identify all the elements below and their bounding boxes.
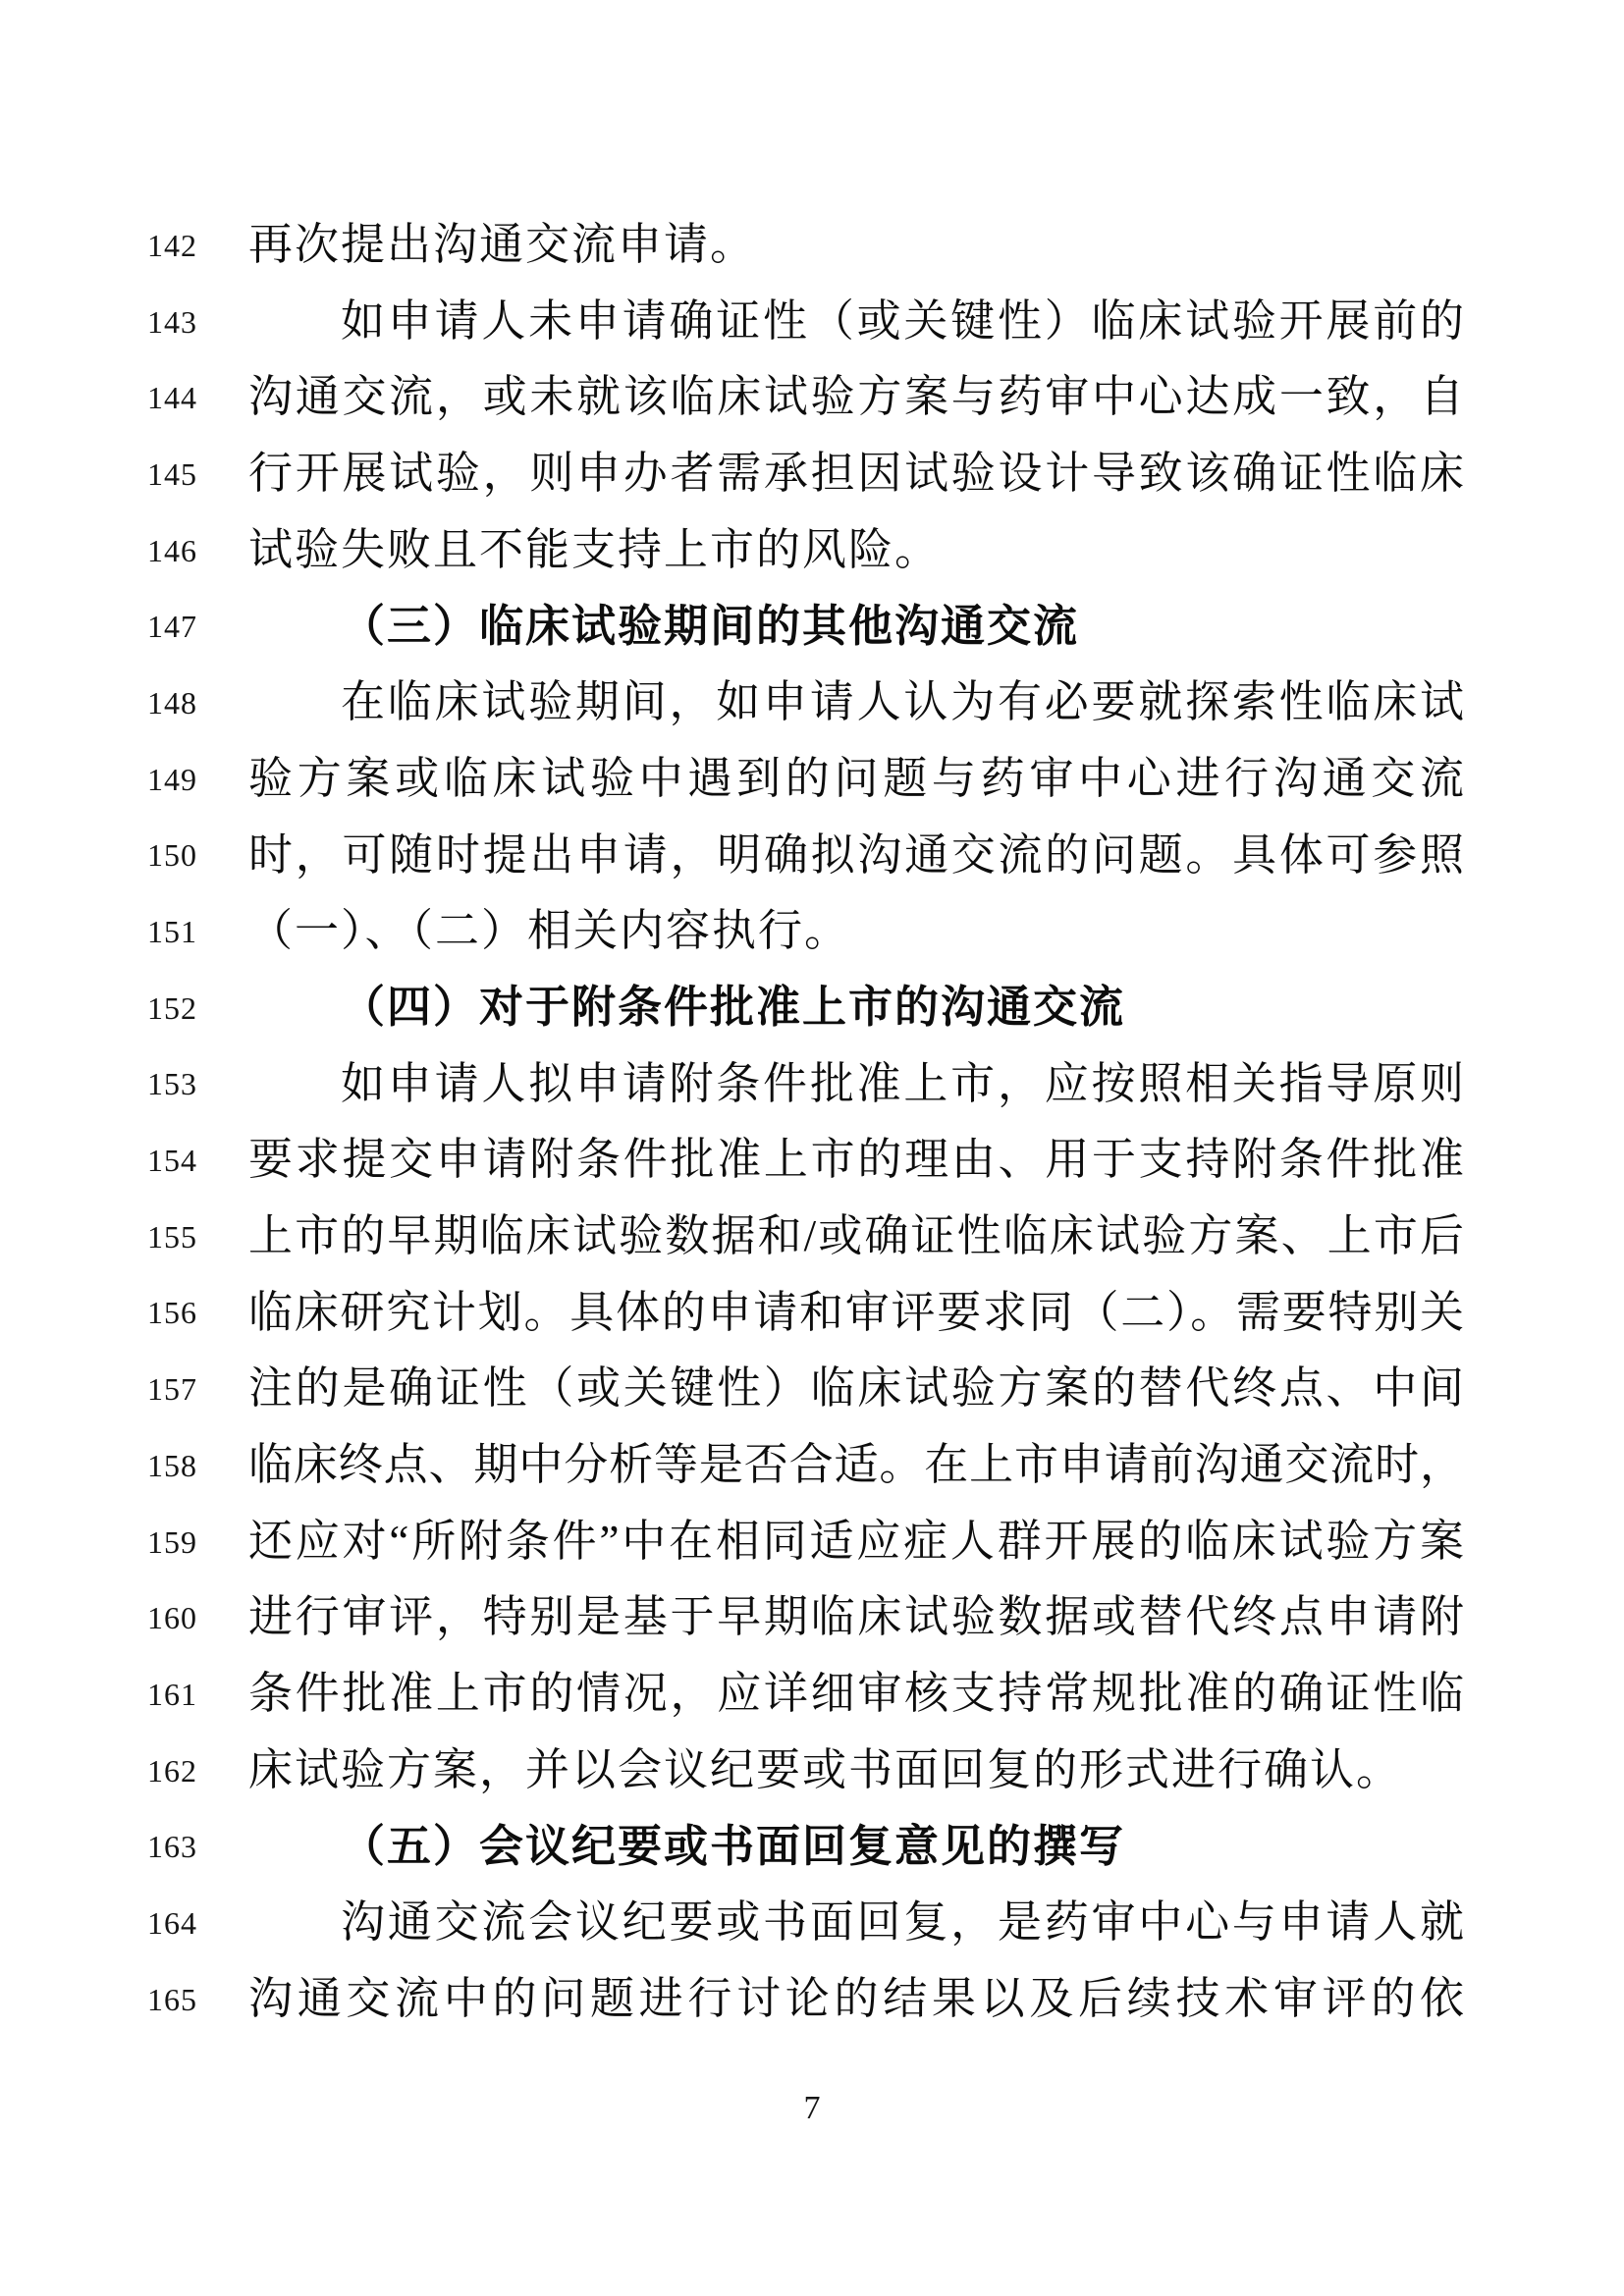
line-text: 再次提出沟通交流申请。: [248, 221, 1464, 270]
text-line: 154 要求提交申请附条件批准上市的理由、用于支持附条件批准: [0, 1122, 1624, 1199]
line-number: 144: [147, 382, 208, 413]
line-number: 164: [147, 1907, 208, 1939]
line-number: 147: [147, 611, 208, 642]
text-line: 160 进行审评，特别是基于早期临床试验数据或替代终点申请附: [0, 1579, 1624, 1656]
line-number: 148: [147, 687, 208, 719]
text-line: 165 沟通交流中的问题进行讨论的结果以及后续技术审评的依: [0, 1961, 1624, 2038]
line-number: 153: [147, 1068, 208, 1099]
line-text: 在临床试验期间，如申请人认为有必要就探索性临床试: [248, 678, 1464, 727]
line-text: 如申请人未申请确证性（或关键性）临床试验开展前的: [248, 297, 1464, 347]
line-number: 152: [147, 992, 208, 1024]
text-line: 147 （三）临床试验期间的其他沟通交流: [0, 588, 1624, 665]
line-number: 149: [147, 764, 208, 795]
text-line: 162 床试验方案，并以会议纪要或书面回复的形式进行确认。: [0, 1733, 1624, 1809]
line-number: 143: [147, 306, 208, 338]
section-heading: （四）对于附条件批准上市的沟通交流: [248, 984, 1464, 1033]
text-line: 158 临床终点、期中分析等是否合适。在上市申请前沟通交流时，: [0, 1427, 1624, 1504]
line-number: 158: [147, 1450, 208, 1481]
line-number: 157: [147, 1373, 208, 1405]
line-text: 注的是确证性（或关键性）临床试验方案的替代终点、中间: [248, 1364, 1464, 1414]
line-text: 沟通交流中的问题进行讨论的结果以及后续技术审评的依: [248, 1975, 1464, 2024]
line-number: 156: [147, 1297, 208, 1328]
line-text: 条件批准上市的情况，应详细审核支持常规批准的确证性临: [248, 1670, 1464, 1719]
line-text: 行开展试验，则申办者需承担因试验设计导致该确证性临床: [248, 450, 1464, 499]
line-number: 165: [147, 1984, 208, 2015]
text-line: 164 沟通交流会议纪要或书面回复，是药审中心与申请人就: [0, 1885, 1624, 1961]
section-heading: （五）会议纪要或书面回复意见的撰写: [248, 1823, 1464, 1872]
line-text: 上市的早期临床试验数据和/或确证性临床试验方案、上市后: [248, 1212, 1464, 1261]
line-text: 验方案或临床试验中遇到的问题与药审中心进行沟通交流: [248, 755, 1464, 804]
text-line: 156 临床研究计划。具体的申请和审评要求同（二）。需要特别关: [0, 1275, 1624, 1352]
page-footer: 7: [0, 2085, 1624, 2132]
line-number: 160: [147, 1602, 208, 1633]
line-number: 155: [147, 1221, 208, 1253]
line-text: （一）、（二）相关内容执行。: [248, 907, 1464, 956]
line-text: 床试验方案，并以会议纪要或书面回复的形式进行确认。: [248, 1746, 1464, 1795]
section-heading: （三）临床试验期间的其他沟通交流: [248, 603, 1464, 652]
text-line: 145 行开展试验，则申办者需承担因试验设计导致该确证性临床: [0, 436, 1624, 512]
text-line: 161 条件批准上市的情况，应详细审核支持常规批准的确证性临: [0, 1656, 1624, 1733]
line-number: 163: [147, 1831, 208, 1862]
line-number: 161: [147, 1679, 208, 1710]
document-page: 142 再次提出沟通交流申请。 143 如申请人未申请确证性（或关键性）临床试验…: [0, 0, 1624, 2296]
line-text: 还应对“所附条件”中在相同适应症人群开展的临床试验方案: [248, 1518, 1464, 1567]
line-number: 154: [147, 1145, 208, 1176]
line-text: 试验失败且不能支持上市的风险。: [248, 526, 1464, 575]
line-text: 沟通交流会议纪要或书面回复，是药审中心与申请人就: [248, 1898, 1464, 1948]
text-line: 144 沟通交流，或未就该临床试验方案与药审中心达成一致，自: [0, 359, 1624, 436]
text-line: 155 上市的早期临床试验数据和/或确证性临床试验方案、上市后: [0, 1199, 1624, 1275]
line-text: 临床研究计划。具体的申请和审评要求同（二）。需要特别关: [248, 1289, 1464, 1338]
line-text: 沟通交流，或未就该临床试验方案与药审中心达成一致，自: [248, 373, 1464, 422]
page-number: 7: [804, 2090, 821, 2126]
text-line: 159 还应对“所附条件”中在相同适应症人群开展的临床试验方案: [0, 1504, 1624, 1580]
line-number: 150: [147, 839, 208, 871]
line-number: 142: [147, 230, 208, 261]
text-line: 157 注的是确证性（或关键性）临床试验方案的替代终点、中间: [0, 1351, 1624, 1427]
line-number: 159: [147, 1526, 208, 1558]
text-line: 146 试验失败且不能支持上市的风险。: [0, 512, 1624, 589]
text-line: 143 如申请人未申请确证性（或关键性）临床试验开展前的: [0, 284, 1624, 360]
line-text: 如申请人拟申请附条件批准上市，应按照相关指导原则: [248, 1060, 1464, 1109]
line-number: 151: [147, 916, 208, 947]
line-text: 时，可随时提出申请，明确拟沟通交流的问题。具体可参照: [248, 831, 1464, 881]
text-line: 148 在临床试验期间，如申请人认为有必要就探索性临床试: [0, 665, 1624, 741]
line-number: 162: [147, 1755, 208, 1787]
line-text: 进行审评，特别是基于早期临床试验数据或替代终点申请附: [248, 1593, 1464, 1642]
text-line: 150 时，可随时提出申请，明确拟沟通交流的问题。具体可参照: [0, 818, 1624, 894]
line-number: 145: [147, 458, 208, 490]
text-line: 152 （四）对于附条件批准上市的沟通交流: [0, 970, 1624, 1046]
line-text: 要求提交申请附条件批准上市的理由、用于支持附条件批准: [248, 1136, 1464, 1185]
text-line: 142 再次提出沟通交流申请。: [0, 207, 1624, 284]
text-line: 163 （五）会议纪要或书面回复意见的撰写: [0, 1808, 1624, 1885]
text-body: 142 再次提出沟通交流申请。 143 如申请人未申请确证性（或关键性）临床试验…: [0, 207, 1624, 2038]
line-text: 临床终点、期中分析等是否合适。在上市申请前沟通交流时，: [248, 1441, 1464, 1490]
line-number: 146: [147, 535, 208, 566]
text-line: 151 （一）、（二）相关内容执行。: [0, 893, 1624, 970]
text-line: 153 如申请人拟申请附条件批准上市，应按照相关指导原则: [0, 1046, 1624, 1123]
text-line: 149 验方案或临床试验中遇到的问题与药审中心进行沟通交流: [0, 741, 1624, 818]
